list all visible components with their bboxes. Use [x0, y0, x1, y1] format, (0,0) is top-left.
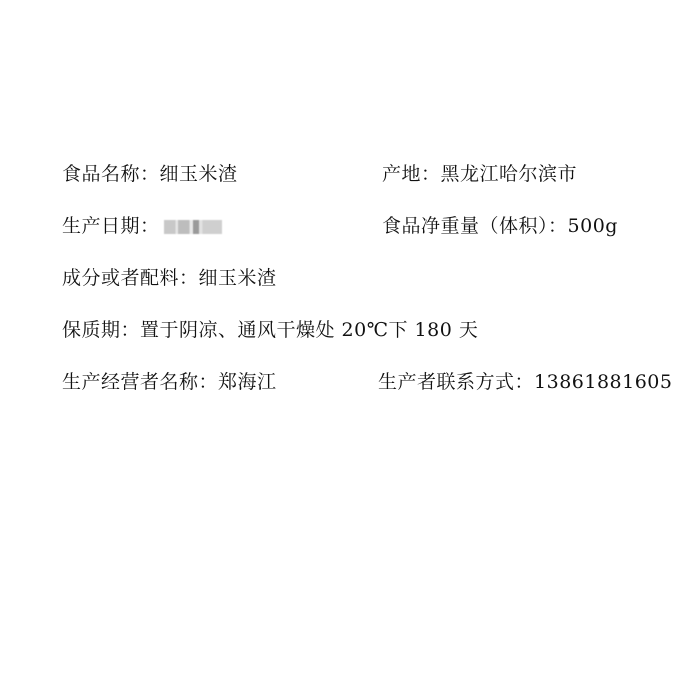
producer-contact-value: 13861881605: [534, 371, 672, 393]
producer-contact-field: 生产者联系方式：13861881605: [378, 370, 673, 394]
net-weight-label: 食品净重量（体积）：: [382, 215, 568, 237]
origin-value: 黑龙江哈尔滨市: [441, 163, 578, 185]
production-date-field: 生产日期：: [62, 214, 222, 238]
shelf-life-field: 保质期：置于阴凉、通风干燥处 20℃下 180 天: [62, 318, 478, 342]
ingredients-field: 成分或者配料：细玉米渣: [62, 266, 277, 290]
origin-field: 产地：黑龙江哈尔滨市: [382, 162, 577, 186]
net-weight-field: 食品净重量（体积）：500g: [382, 214, 618, 238]
food-name-field: 食品名称：细玉米渣: [62, 162, 238, 186]
production-date-label: 生产日期：: [62, 215, 160, 237]
ingredients-value: 细玉米渣: [199, 267, 277, 289]
food-name-value: 细玉米渣: [160, 163, 238, 185]
producer-name-label: 生产经营者名称：: [62, 371, 218, 393]
producer-name-value: 郑海江: [218, 371, 277, 393]
net-weight-value: 500g: [568, 215, 618, 237]
shelf-life-label: 保质期：: [62, 319, 140, 341]
shelf-life-value: 置于阴凉、通风干燥处 20℃下 180 天: [140, 319, 478, 341]
origin-label: 产地：: [382, 163, 441, 185]
producer-contact-label: 生产者联系方式：: [378, 371, 534, 393]
production-date-redacted: [164, 220, 222, 234]
producer-name-field: 生产经营者名称：郑海江: [62, 370, 277, 394]
food-name-label: 食品名称：: [62, 163, 160, 185]
ingredients-label: 成分或者配料：: [62, 267, 199, 289]
